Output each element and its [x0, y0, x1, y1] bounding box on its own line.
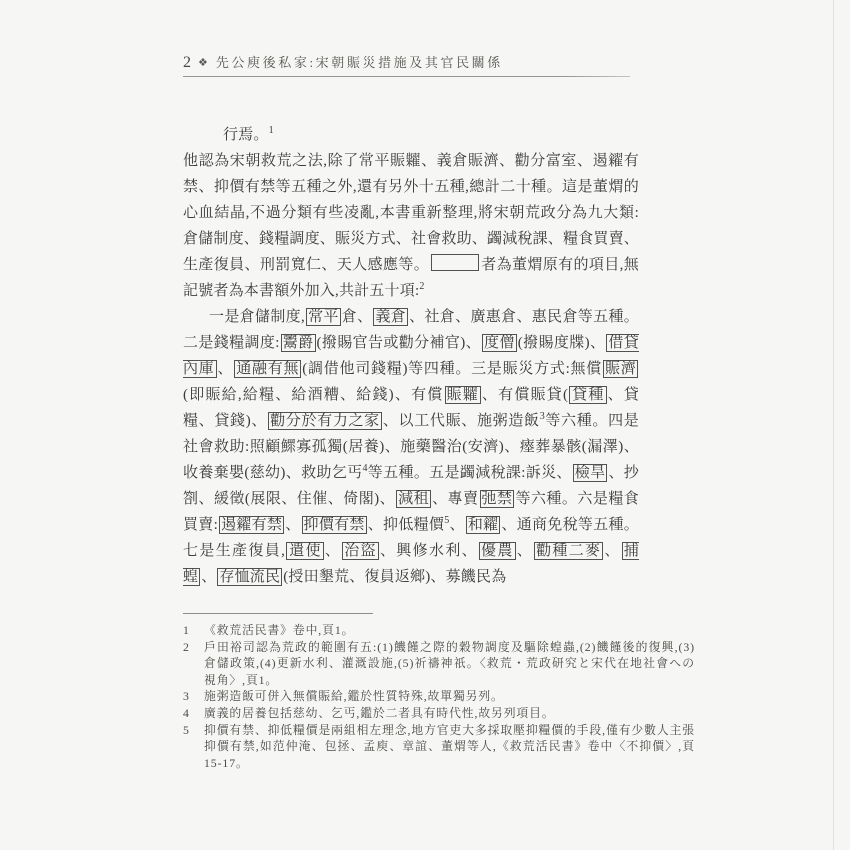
boxed-term: 遣使: [286, 542, 324, 560]
text-run: 、: [218, 361, 234, 377]
boxed-term: 抑價有禁: [302, 516, 367, 534]
boxed-term: 優農: [479, 542, 516, 560]
footnote-text: 戶田裕司認為荒政的範圍有五:(1)饑饉之際的穀物調度及驅除蝗蟲,(2)饑饉後的復…: [204, 639, 695, 689]
running-header: 2 ❖ 先公庾後私家:宋朝賑災措施及其官民關係: [183, 52, 653, 72]
footnote: 3 施粥造飯可併入無償賑給,鑑於性質特殊,故單獨另列。: [183, 688, 695, 705]
boxed-term: 度僧: [482, 334, 517, 352]
text-run: (授田墾荒、復員返鄉)、募饑民為: [283, 569, 506, 585]
page-number: 2: [183, 54, 191, 72]
paragraph-intro: 他認為宋朝救荒之法,除了常平賑糶、義倉賑濟、勸分富室、遏糴有禁、抑價有禁等五種之…: [183, 148, 639, 304]
footnote-number: 5: [183, 722, 204, 739]
text-run: 、興修水利、: [380, 543, 478, 559]
header-rule: [183, 76, 630, 77]
text-run: 他認為宋朝救荒之法,除了常平賑糶、義倉賑濟、勸分富室、遏糴有禁、抑價有禁等五種之…: [183, 153, 639, 273]
footnote: 1 《救荒活民書》卷中,頁1。: [183, 622, 695, 639]
text-run: (撥賜官告或勸分補官)、: [317, 335, 481, 351]
text-run: 、: [285, 517, 300, 533]
text-run: (即賑給,給糧、給酒糟、給錢)、有償: [183, 387, 444, 403]
footnote: 5 抑價有禁、抑低糧價是兩組相左理念,地方官吏大多採取壓抑糧價的手段,僅有少數人…: [183, 722, 695, 772]
boxed-term: 賑糶: [445, 386, 481, 404]
paragraph-list: 一是倉儲制度,常平倉、義倉、社倉、廣惠倉、惠民倉等五種。二是錢糧調度:鬻爵(撥賜…: [183, 304, 639, 590]
text-run: 、: [449, 517, 464, 533]
boxed-term: 檢旱: [573, 464, 608, 482]
text-run: 一是倉儲制度,: [209, 309, 305, 325]
boxed-term: 和糴: [466, 516, 501, 534]
text-run: (撥賜度牒)、: [518, 335, 606, 351]
footnote-text: 《救荒活民書》卷中,頁1。: [204, 622, 695, 639]
text-run: 、有償賑貸(: [482, 387, 568, 403]
footnote-text: 廣義的居養包括慈幼、乞丐,鑑於二者具有時代性,故另列項目。: [204, 705, 695, 722]
footnotes: 1 《救荒活民書》卷中,頁1。 2 戶田裕司認為荒政的範圍有五:(1)饑饉之際的…: [183, 622, 695, 771]
boxed-term: 通融有無: [234, 360, 301, 378]
boxed-term: 常平: [306, 308, 341, 326]
text-run: 等五種。五是蠲減稅課:訴災、: [368, 465, 572, 481]
boxed-term: 貸種: [569, 386, 606, 404]
text-run: 、專賣: [432, 491, 478, 507]
text-run: 行焉。: [223, 127, 269, 143]
footnote-ref: 2: [419, 281, 424, 292]
quote-line: 行焉。1: [183, 122, 639, 148]
empty-box-marker: [431, 254, 479, 271]
ornament-icon: ❖: [198, 56, 208, 69]
footnote-text: 抑價有禁、抑低糧價是兩組相左理念,地方官吏大多採取壓抑糧價的手段,僅有少數人主張…: [204, 722, 695, 772]
footnote-number: 3: [183, 688, 204, 705]
text-run: 、以工代賑、施粥造飯: [383, 413, 540, 429]
text-run: 、: [604, 543, 620, 559]
footnote-number: 2: [183, 639, 204, 656]
page-edge-line: [833, 0, 834, 850]
boxed-term: 鬻爵: [281, 334, 316, 352]
boxed-term: 賑濟: [603, 360, 638, 378]
body-text: 行焉。1 他認為宋朝救荒之法,除了常平賑糶、義倉賑濟、勸分富室、遏糴有禁、抑價有…: [183, 122, 639, 590]
book-page: 2 ❖ 先公庾後私家:宋朝賑災措施及其官民關係 行焉。1 他認為宋朝救荒之法,除…: [0, 0, 850, 850]
text-run: 、: [325, 543, 341, 559]
footnote: 4 廣義的居養包括慈幼、乞丐,鑑於二者具有時代性,故另列項目。: [183, 705, 695, 722]
footnote-number: 4: [183, 705, 204, 722]
footnote-ref: 1: [269, 125, 274, 136]
text-run: 倉、: [342, 309, 373, 325]
boxed-term: 勸分於有力之家: [268, 412, 382, 430]
text-run: 、: [517, 543, 533, 559]
footnote-separator: [183, 613, 373, 614]
boxed-term: 義倉: [373, 308, 408, 326]
footnote: 2 戶田裕司認為荒政的範圍有五:(1)饑饉之際的穀物調度及驅除蝗蟲,(2)饑饉後…: [183, 639, 695, 689]
text-run: 、: [201, 569, 216, 585]
running-title: 先公庾後私家:宋朝賑災措施及其官民關係: [216, 52, 503, 71]
boxed-term: 存恤流民: [217, 568, 282, 586]
boxed-term: 減租: [396, 490, 431, 508]
text-run: 、抑低糧價: [368, 517, 444, 533]
footnote-number: 1: [183, 622, 204, 639]
boxed-term: 治盜: [342, 542, 379, 560]
footnote-text: 施粥造飯可併入無償賑給,鑑於性質特殊,故單獨另列。: [204, 688, 695, 705]
boxed-term: 遏糴有禁: [219, 516, 284, 534]
text-run: (調借他司錢糧)等四種。三是賑災方式:無償: [302, 361, 602, 377]
boxed-term: 弛禁: [480, 490, 515, 508]
boxed-term: 勸種二麥: [534, 542, 603, 560]
